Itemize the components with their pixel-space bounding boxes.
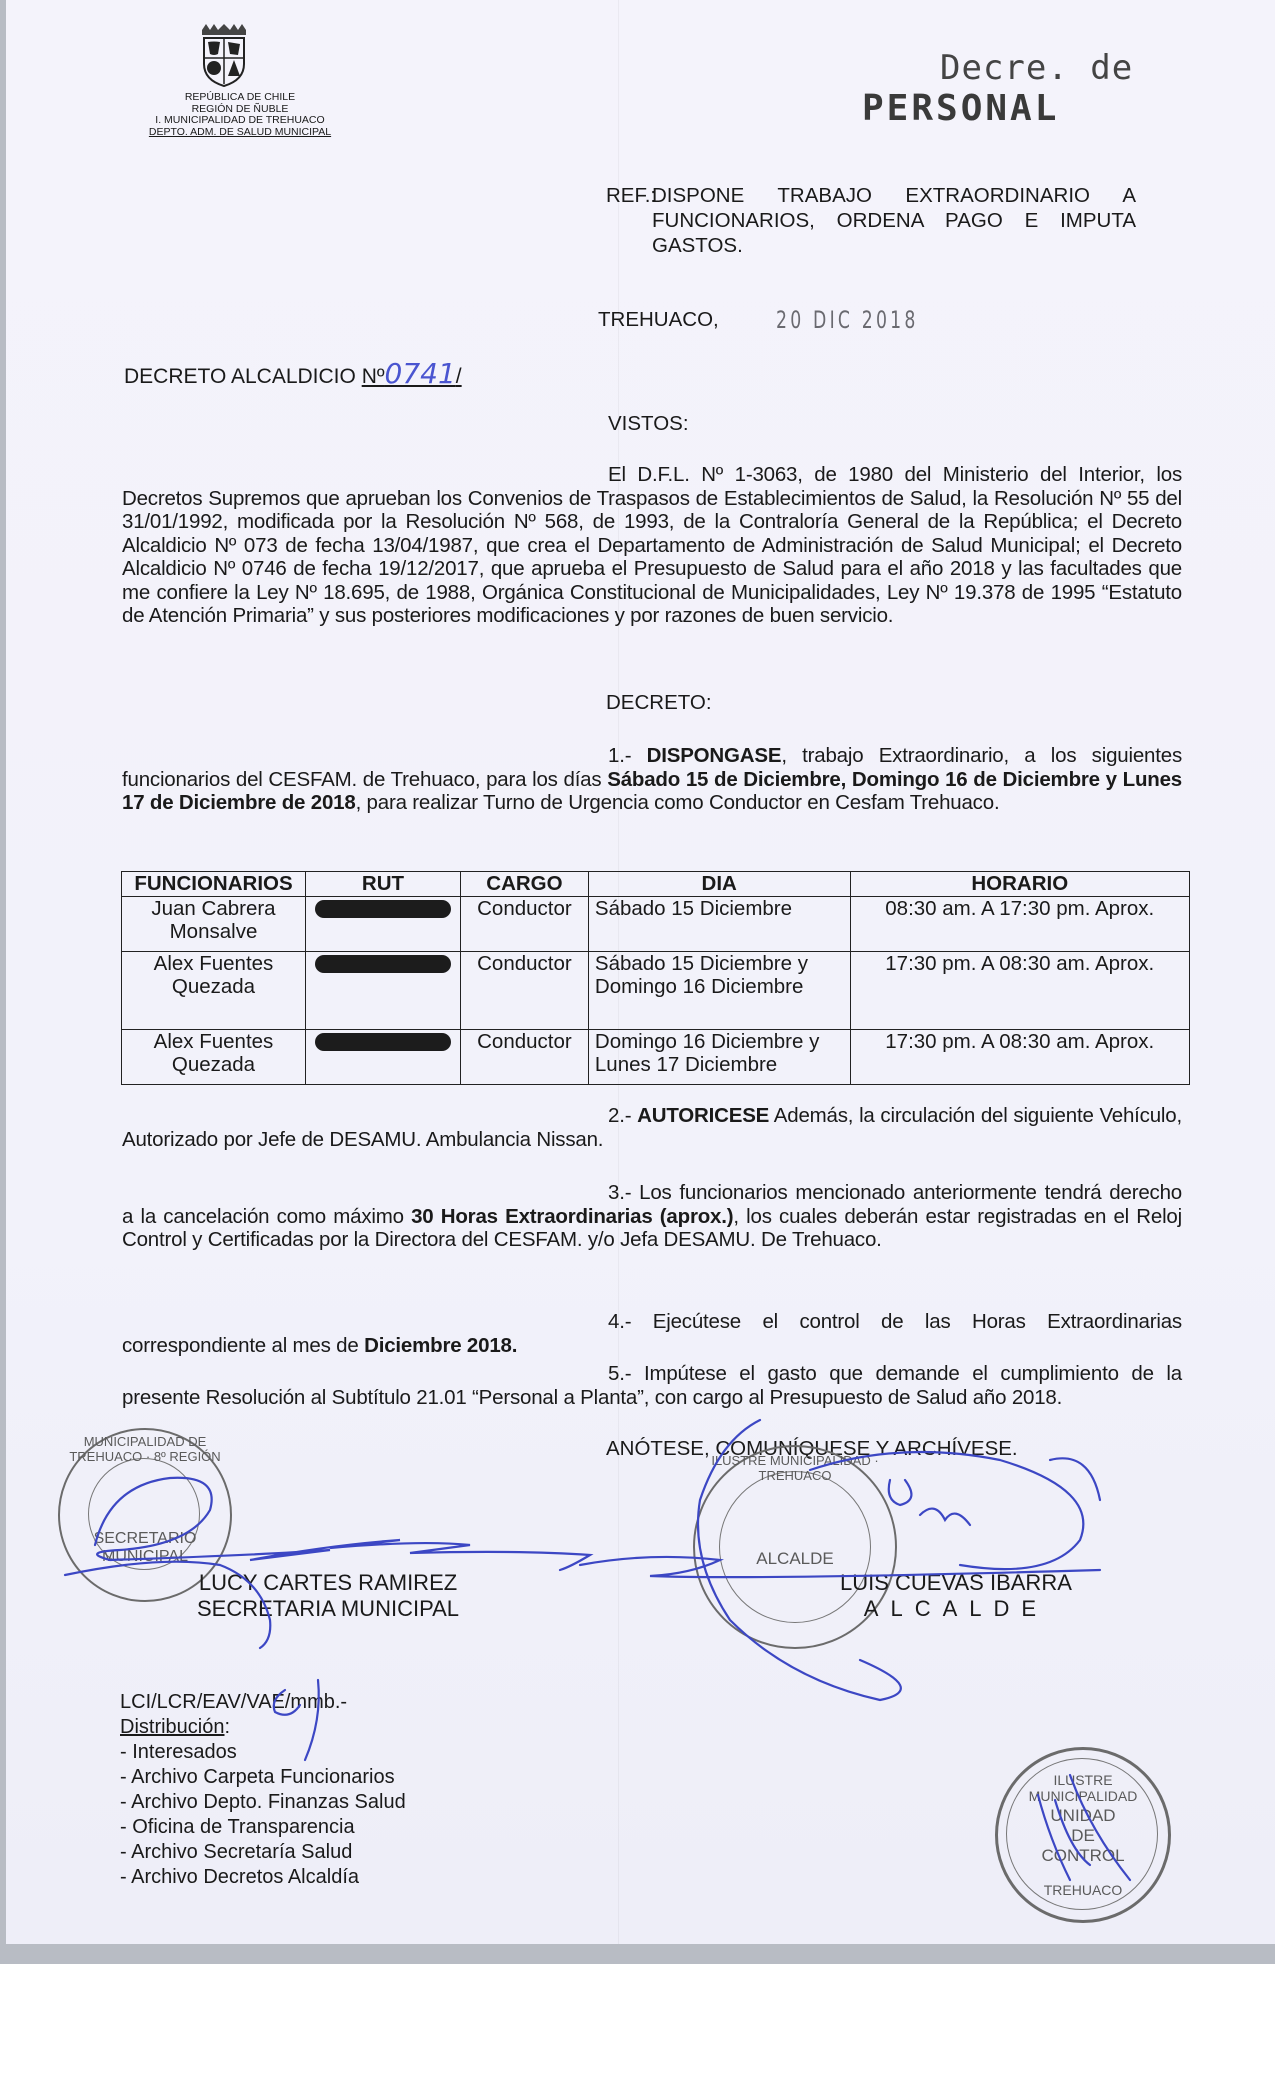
vistos-text: El D.F.L. Nº 1-3063, de 1980 del Ministe… [122, 463, 1182, 627]
control-seal-center-2: DE [998, 1826, 1168, 1846]
distribution-item: - Archivo Secretaría Salud [120, 1840, 406, 1865]
mayor-seal-ring: ILUSTRE MUNICIPALIDAD · TREHUACO [695, 1453, 895, 1483]
schedule: 17:30 pm. A 08:30 am. Aprox. [850, 952, 1189, 1030]
signatory-name: LUCY CARTES RAMIREZ [197, 1570, 459, 1596]
letterhead-line: REPÚBLICA DE CHILE [130, 92, 350, 104]
mayor-seal-center: ALCALDE [695, 1549, 895, 1569]
position: Conductor [460, 1030, 588, 1085]
article-text: , para realizar Turno de Urgencia como C… [356, 791, 1000, 814]
decree-number-prefix: Nº [362, 365, 385, 388]
article-number: 4.- [608, 1310, 653, 1333]
schedule: 08:30 am. A 17:30 pm. Aprox. [850, 897, 1189, 952]
article-1: 1.- DISPONGASE, trabajo Extraordinario, … [122, 744, 1182, 815]
letterhead-department: DEPTO. ADM. DE SALUD MUNICIPAL [130, 127, 350, 139]
table-header-row: FUNCIONARIOS RUT CARGO DIA HORARIO [122, 872, 1190, 897]
initials: LCI/LCR/EAV/VAE/mmb.- [120, 1690, 406, 1715]
table-row: Alex Fuentes QuezadaConductorSábado 15 D… [122, 952, 1190, 1030]
reference-block: REF.: DISPONE TRABAJO EXTRAORDINARIO A F… [606, 183, 1136, 258]
column-header: CARGO [460, 872, 588, 897]
article-number: 3.- [608, 1181, 639, 1204]
control-seal-ring-bottom: TREHUACO [998, 1882, 1168, 1898]
distribution-item: - Archivo Decretos Alcaldía [120, 1865, 406, 1890]
distribution-item: - Archivo Carpeta Funcionarios [120, 1765, 406, 1790]
position: Conductor [460, 952, 588, 1030]
column-header: FUNCIONARIOS [122, 872, 306, 897]
redaction-bar [315, 1033, 451, 1051]
article-bold-text: AUTORICESE [637, 1104, 769, 1127]
rut-redacted [305, 1030, 460, 1085]
work-day: Sábado 15 Diciembre [588, 897, 850, 952]
signatory-title: SECRETARIA MUNICIPAL [197, 1596, 459, 1622]
control-seal-center-1: UNIDAD [998, 1806, 1168, 1826]
article-5: 5.- Impútese el gasto que demande el cum… [122, 1362, 1182, 1409]
secretary-seal-ring: MUNICIPALIDAD DE TREHUACO · 8º REGIÓN [60, 1434, 230, 1464]
column-header: RUT [305, 872, 460, 897]
article-number: 5.- [608, 1362, 644, 1385]
stamp-personal: PERSONAL [862, 88, 1059, 129]
overtime-table: FUNCIONARIOS RUT CARGO DIA HORARIO Juan … [121, 871, 1190, 1085]
employee-name: Alex Fuentes Quezada [122, 1030, 306, 1085]
secretary-seal-center-1: SECRETARIO [60, 1530, 230, 1548]
employee-name: Alex Fuentes Quezada [122, 952, 306, 1030]
letterhead: REPÚBLICA DE CHILE REGIÓN DE ÑUBLE I. MU… [130, 92, 350, 138]
signature-block-mayor: LUIS CUEVAS IBARRA ALCALDE [840, 1570, 1072, 1622]
schedule: 17:30 pm. A 08:30 am. Aprox. [850, 1030, 1189, 1085]
article-text: Impútese el gasto que demande el cumplim… [122, 1362, 1182, 1409]
date-stamp: 20 DIC 2018 [776, 306, 919, 334]
table-row: Juan Cabrera MonsalveConductorSábado 15 … [122, 897, 1190, 952]
letterhead-line: I. MUNICIPALIDAD DE TREHUACO [130, 115, 350, 127]
signatory-title: ALCALDE [840, 1596, 1072, 1622]
vistos-paragraph: El D.F.L. Nº 1-3063, de 1980 del Ministe… [122, 463, 1182, 628]
redaction-bar [315, 900, 451, 918]
position: Conductor [460, 897, 588, 952]
article-3: 3.- Los funcionarios mencionado anterior… [122, 1181, 1182, 1252]
vistos-heading: VISTOS: [608, 412, 689, 436]
secretary-seal-center-2: MUNICIPAL [60, 1548, 230, 1566]
article-number: 2.- [608, 1104, 637, 1127]
signatory-name: LUIS CUEVAS IBARRA [840, 1570, 1072, 1596]
decree-label: DECRETO ALCALDICIO [124, 365, 356, 388]
work-day: Domingo 16 Diciembre y Lunes 17 Diciembr… [588, 1030, 850, 1085]
redaction-bar [315, 955, 451, 973]
distribution-item: - Archivo Depto. Finanzas Salud [120, 1790, 406, 1815]
control-unit-seal: ILUSTRE MUNICIPALIDAD UNIDAD DE CONTROL … [995, 1747, 1171, 1923]
article-bold-text: DISPONGASE [647, 744, 782, 767]
work-day: Sábado 15 Diciembre y Domingo 16 Diciemb… [588, 952, 850, 1030]
rut-redacted [305, 952, 460, 1030]
column-header: DIA [588, 872, 850, 897]
distribution-item: - Interesados [120, 1740, 406, 1765]
employee-name: Juan Cabrera Monsalve [122, 897, 306, 952]
distribution-label: Distribución [120, 1716, 224, 1738]
decree-title: DECRETO ALCALDICIO Nº0741/ [124, 357, 462, 390]
decree-number: Nº0741/ [362, 365, 462, 388]
control-seal-ring-top: ILUSTRE MUNICIPALIDAD [998, 1772, 1168, 1804]
stamp-decre-de: Decre. de [940, 48, 1133, 88]
decree-number-handwritten: 0741 [385, 357, 456, 390]
reference-label: REF.: [606, 183, 656, 208]
distribution-item: - Oficina de Transparencia [120, 1815, 406, 1840]
distribution-block: LCI/LCR/EAV/VAE/mmb.- Distribución: - In… [120, 1690, 406, 1890]
article-2: 2.- AUTORICESE Además, la circulación de… [122, 1104, 1182, 1151]
article-4: 4.- Ejecútese el control de las Horas Ex… [122, 1310, 1182, 1357]
reference-text: DISPONE TRABAJO EXTRAORDINARIO A FUNCION… [652, 183, 1136, 258]
place-label: TREHUACO, [598, 308, 719, 332]
rut-redacted [305, 897, 460, 952]
distribution-list: - Interesados- Archivo Carpeta Funcionar… [120, 1740, 406, 1890]
decreto-heading: DECRETO: [606, 691, 712, 715]
article-number: 1.- [608, 744, 647, 767]
column-header: HORARIO [850, 872, 1189, 897]
article-bold-text: 30 Horas Extraordinarias (aprox.) [411, 1205, 733, 1228]
article-text: Ejecútese el control de las Horas Extrao… [122, 1310, 1182, 1357]
table-row: Alex Fuentes QuezadaConductorDomingo 16 … [122, 1030, 1190, 1085]
municipal-crest-icon [196, 22, 252, 88]
control-seal-center-3: CONTROL [998, 1846, 1168, 1866]
article-bold-text: Diciembre 2018. [364, 1334, 517, 1357]
signature-block-secretary: LUCY CARTES RAMIREZ SECRETARIA MUNICIPAL [197, 1570, 459, 1622]
